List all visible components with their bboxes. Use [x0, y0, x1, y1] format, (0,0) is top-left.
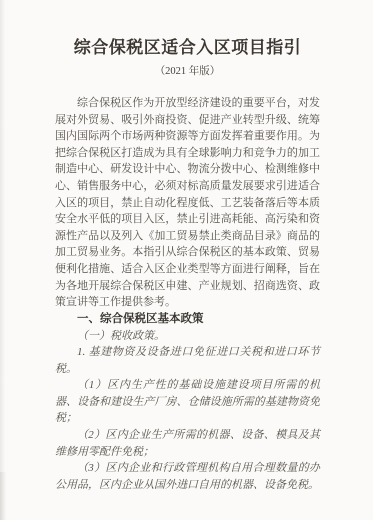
subsection-tax-policy-heading: （一）税收政策。 [55, 328, 320, 345]
document-title: 综合保税区适合入区项目指引 [55, 36, 320, 60]
section-one-heading: 一、综合保税区基本政策 [55, 311, 320, 328]
intro-paragraph: 综合保税区作为开放型经济建设的重要平台，对发展对外贸易、吸引外商投资、促进产业转… [55, 95, 320, 311]
document-page: 综合保税区适合入区项目指引 （2021 年版） 综合保税区作为开放型经济建设的重… [0, 0, 373, 520]
sub-item-1: （1）区内生产性的基础设施建设项目所需的机器、设备和建设生产厂房、仓储设施所需的… [55, 377, 320, 427]
document-subtitle: （2021 年版） [55, 63, 320, 80]
scan-edge-artifact [0, 0, 5, 520]
numbered-item-1: 1. 基建物资及设备进口免征进口关税和进口环节税。 [55, 344, 320, 377]
scan-smudge-artifact [0, 472, 7, 520]
page-number: 1 [0, 481, 373, 490]
document-content: 综合保税区适合入区项目指引 （2021 年版） 综合保税区作为开放型经济建设的重… [55, 36, 320, 493]
sub-item-2: （2）区内企业生产所需的机器、设备、模具及其维修用零配件免税； [55, 427, 320, 460]
